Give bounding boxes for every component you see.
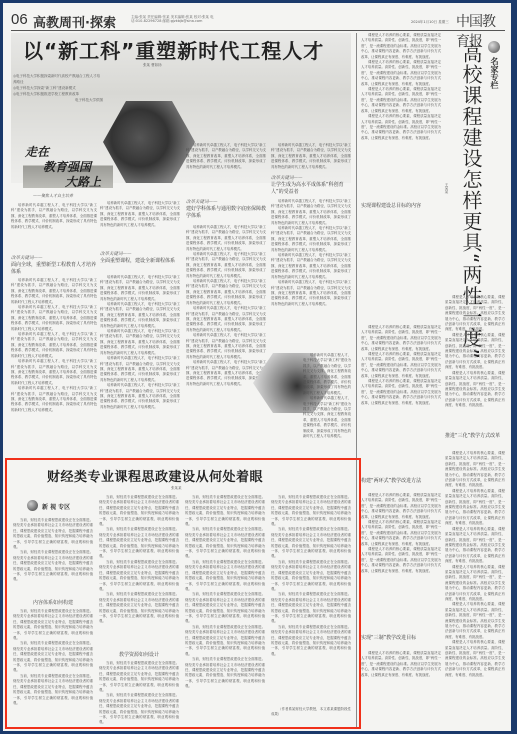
editor-info: 主编:张某 责任编辑:张某 美术编辑:张某 校对:张某 电话:010-82296… bbox=[131, 15, 221, 23]
paragraph: 当前，财经类专业课程思政建设正在全面推进。财经类专业承担着培养社会主义市场经济建… bbox=[13, 609, 93, 641]
column-logo: 名家专栏 bbox=[489, 57, 500, 89]
paragraph: 培养新时代卓越工程人才，电子科技大学以“新工科”建设为抓手，以产教融合为路径，以… bbox=[11, 386, 97, 413]
paragraph: 课程是人才培养的核心要素，课程质量直接决定人才培养质量。高阶性、创新性、挑战度，… bbox=[361, 114, 441, 141]
lead-column-2: 培养新时代卓越工程人才，电子科技大学以“新工科”建设为抓手，以产教融合为路径，以… bbox=[100, 201, 180, 251]
newspaper-page: 06 高教周刊·探索 主编:张某 责任编辑:张某 美术编辑:张某 校对:张某 电… bbox=[3, 3, 511, 731]
paragraph: 培养新时代卓越工程人才，电子科技大学以“新工科”建设为抓手，以产教融合为路径，以… bbox=[186, 252, 266, 279]
paragraph: 培养新时代卓越工程人才，电子科技大学以“新工科”建设为抓手，以产教融合为路径，以… bbox=[271, 143, 351, 170]
paragraph: 当前，财经类专业课程思政建设正在全面推进。财经类专业承担着培养社会主义市场经济建… bbox=[185, 592, 265, 624]
paragraph: 培养新时代卓越工程人才，电子科技大学以“新工科”建设为抓手，以产教融合为路径，以… bbox=[186, 279, 266, 306]
paragraph: 当前，财经类专业课程思政建设正在全面推进。财经类专业承担着培养社会主义市场经济建… bbox=[99, 527, 179, 559]
lead-subhead-2: 改革关键词—— 全面重塑课程，建设全新课程体系 bbox=[100, 251, 180, 265]
subhead-kicker: 改革关键词—— bbox=[271, 175, 351, 182]
paragraph: 课程是人才培养的核心要素，课程质量直接决定人才培养质量。高阶性、创新性、挑战度，… bbox=[361, 547, 441, 574]
column-badge: 新 视 专区 bbox=[27, 500, 87, 512]
paragraph: 培养新时代卓越工程人才，电子科技大学以“新工科”建设为抓手，以产教融合为路径，以… bbox=[11, 359, 97, 386]
lead-headline: 以“新工科”重塑新时代工程人才 bbox=[23, 35, 324, 64]
paragraph: 培养新时代卓越工程人才，电子科技大学以“新工科”建设为抓手，以产教融合为路径，以… bbox=[100, 201, 180, 228]
lead-column-4c: 培养新时代卓越工程人才，电子科技大学以“新工科”建设为抓手，以产教融合为路径，以… bbox=[303, 353, 351, 453]
side-column-1c: 课程是人才培养的核心要素，课程质量直接决定人才培养质量。高阶性、创新性、挑战度，… bbox=[361, 493, 441, 633]
side-subhead-1: 实现课程建设总目标的内容 bbox=[361, 203, 441, 210]
paragraph: 课程是人才培养的核心要素，课程质量直接决定人才培养质量。高阶性、创新性、挑战度，… bbox=[361, 33, 441, 60]
paragraph: 课程是人才培养的核心要素，课程质量直接决定人才培养质量。高阶性、创新性、挑战度，… bbox=[445, 295, 505, 333]
intro-source: 电子科技大学供图 bbox=[13, 97, 103, 103]
paragraph: 课程是人才培养的核心要素，课程质量直接决定人才培养质量。高阶性、创新性、挑战度，… bbox=[445, 602, 505, 640]
paragraph: 培养新时代卓越工程人才，电子科技大学以“新工科”建设为抓手，以产教融合为路径，以… bbox=[100, 383, 180, 410]
lead-column-1: 培养新时代卓越工程人才，电子科技大学以“新工科”建设为抓手，以产教融合为路径，以… bbox=[11, 203, 97, 258]
paragraph: 培养新时代卓越工程人才，电子科技大学以“新工科”建设为抓手，以产教融合为路径，以… bbox=[186, 306, 266, 333]
paragraph: 当前，财经类专业课程思政建设正在全面推进。财经类专业承担着培养社会主义市场经济建… bbox=[271, 560, 351, 592]
subhead-kicker: 改革关键词—— bbox=[11, 255, 97, 262]
paragraph: 培养新时代卓越工程人才，电子科技大学以“新工科”建设为抓手，以产教融合为路径，以… bbox=[11, 278, 97, 305]
paragraph: 当前，财经类专业课程思政建设正在全面推进。财经类专业承担着培养社会主义市场经济建… bbox=[13, 550, 93, 582]
hl-column-2b: 当前，财经类专业课程思政建设正在全面推进。财经类专业承担着培养社会主义市场经济建… bbox=[99, 661, 179, 725]
paragraph: 培养新时代卓越工程人才，电子科技大学以“新工科”建设为抓手，以产教融合为路径，以… bbox=[11, 305, 97, 332]
highlighted-byline: 张某某 bbox=[171, 486, 182, 491]
paragraph: 培养新时代卓越工程人才，电子科技大学以“新工科”建设为抓手，以产教融合为路径，以… bbox=[100, 356, 180, 383]
paragraph: 培养新时代卓越工程人才，电子科技大学以“新工科”建设为抓手，以产教融合为路径，以… bbox=[303, 353, 351, 396]
paragraph: 培养新时代卓越工程人才，电子科技大学以“新工科”建设为抓手，以产教融合为路径，以… bbox=[11, 332, 97, 359]
subhead-title: 建好学科体系与通用数字底座保障教学体系 bbox=[186, 206, 266, 219]
paragraph: 课程是人才培养的核心要素，课程质量直接决定人才培养质量。高阶性、创新性、挑战度，… bbox=[361, 379, 441, 406]
paragraph: 培养新时代卓越工程人才，电子科技大学以“新工科”建设为抓手，以产教融合为路径，以… bbox=[100, 275, 180, 302]
issue-date: 2024年1月10日 星期三 bbox=[411, 20, 449, 25]
subhead-title: 全面重塑课程，建设全新课程体系 bbox=[100, 258, 175, 264]
paragraph: 课程是人才培养的核心要素，课程质量直接决定人才培养质量。高阶性、创新性、挑战度，… bbox=[361, 60, 441, 87]
paragraph: 培养新时代卓越工程人才，电子科技大学以“新工科”建设为抓手，以产教融合为路径，以… bbox=[186, 333, 266, 360]
lead-subhead-3: 改革关键词—— 建好学科体系与通用数字底座保障教学体系 bbox=[186, 199, 266, 220]
paragraph: 当前，财经类专业课程思政建设正在全面推进。财经类专业承担着培养社会主义市场经济建… bbox=[185, 560, 265, 592]
highlighted-headline: 财经类专业课程思政建设从何处着眼 bbox=[47, 466, 263, 485]
side-byline: 王某某 bbox=[445, 183, 450, 194]
slogan-subtitle: ——聚焦人才自主培养 bbox=[33, 193, 73, 199]
paragraph: 当前，财经类专业课程思政建设正在全面推进。财经类专业承担着培养社会主义市场经济建… bbox=[99, 560, 179, 592]
hl-column-4: 当前，财经类专业课程思政建设正在全面推进。财经类专业承担着培养社会主义市场经济建… bbox=[271, 495, 351, 705]
author-note: （作者系某财经大学教授，本文系某课题阶段性成果） bbox=[271, 707, 351, 718]
paragraph: 课程是人才培养的核心要素，课程质量直接决定人才培养质量。高阶性、创新性、挑战度，… bbox=[445, 489, 505, 527]
paragraph: 当前，财经类专业课程思政建设正在全面推进。财经类专业承担着培养社会主义市场经济建… bbox=[99, 693, 179, 725]
paragraph: 当前，财经类专业课程思政建设正在全面推进。财经类专业承担着培养社会主义市场经济建… bbox=[99, 661, 179, 693]
paragraph: 培养新时代卓越工程人才，电子科技大学以“新工科”建设为抓手，以产教融合为路径，以… bbox=[303, 396, 351, 439]
paragraph: 课程是人才培养的核心要素，课程质量直接决定人才培养质量。高阶性、创新性、挑战度，… bbox=[361, 651, 441, 678]
subhead-title: 让学生成为高水平成体系“科创育人”的受益者 bbox=[271, 182, 344, 195]
side-column-2: 课程是人才培养的核心要素，课程质量直接决定人才培养质量。高阶性、创新性、挑战度，… bbox=[445, 295, 505, 420]
paragraph: 当前，财经类专业课程思政建设正在全面推进。财经类专业承担着培养社会主义市场经济建… bbox=[271, 625, 351, 657]
paragraph: 当前，财经类专业课程思政建设正在全面推进。财经类专业承担着培养社会主义市场经济建… bbox=[271, 527, 351, 559]
section-name: 高教周刊·探索 bbox=[33, 12, 116, 31]
paragraph: 课程是人才培养的核心要素，课程质量直接决定人才培养质量。高阶性、创新性、挑战度，… bbox=[445, 565, 505, 603]
paragraph: 当前，财经类专业课程思政建设正在全面推进。财经类专业承担着培养社会主义市场经济建… bbox=[13, 641, 93, 673]
paragraph: 培养新时代卓越工程人才，电子科技大学以“新工科”建设为抓手，以产教融合为路径，以… bbox=[11, 203, 97, 230]
slogan-line: 大路上 bbox=[65, 173, 101, 190]
paragraph: 课程是人才培养的核心要素，课程质量直接决定人才培养质量。高阶性、创新性、挑战度，… bbox=[361, 520, 441, 547]
hl-author-note: （作者系某财经大学教授，本文系某课题阶段性成果） bbox=[271, 707, 351, 723]
paragraph: 当前，财经类专业课程思政建设正在全面推进。财经类专业承担着培养社会主义市场经济建… bbox=[99, 495, 179, 527]
lead-column-3b: 培养新时代卓越工程人才，电子科技大学以“新工科”建设为抓手，以产教融合为路径，以… bbox=[186, 225, 266, 453]
side-column-1b: 课程是人才培养的核心要素，课程质量直接决定人才培养质量。高阶性、创新性、挑战度，… bbox=[361, 325, 441, 475]
paragraph: 培养新时代卓越工程人才，电子科技大学以“新工科”建设为抓手，以产教融合为路径，以… bbox=[186, 225, 266, 252]
lead-subhead-4: 改革关键词—— 让学生成为高水平成体系“科创育人”的受益者 bbox=[271, 175, 351, 196]
paragraph: 培养新时代卓越工程人才，电子科技大学以“新工科”建设为抓手，以产教融合为路径，以… bbox=[100, 302, 180, 329]
paragraph: 当前，财经类专业课程思政建设正在全面推进。财经类专业承担着培养社会主义市场经济建… bbox=[185, 495, 265, 527]
lead-column-4b: 培养新时代卓越工程人才，电子科技大学以“新工科”建设为抓手，以产教融合为路径，以… bbox=[271, 199, 351, 349]
paragraph: 当前，财经类专业课程思政建设正在全面推进。财经类专业承担着培养社会主义市场经济建… bbox=[271, 592, 351, 624]
paragraph: 课程是人才培养的核心要素，课程质量直接决定人才培养质量。高阶性、创新性、挑战度，… bbox=[445, 371, 505, 409]
subhead-title: 面向全球，重塑新型工程教育人才培养体系 bbox=[11, 262, 96, 275]
paragraph: 课程是人才培养的核心要素，课程质量直接决定人才培养质量。高阶性、创新性、挑战度，… bbox=[361, 325, 441, 352]
lead-column-4: 培养新时代卓越工程人才，电子科技大学以“新工科”建设为抓手，以产教融合为路径，以… bbox=[271, 143, 351, 173]
paragraph: 课程是人才培养的核心要素，课程质量直接决定人才培养质量。高阶性、创新性、挑战度，… bbox=[445, 527, 505, 565]
paragraph: 当前，财经类专业课程思政建设正在全面推进。财经类专业承担着培养社会主义市场经济建… bbox=[13, 518, 93, 550]
lead-subhead-1: 改革关键词—— 面向全球，重塑新型工程教育人才培养体系 bbox=[11, 255, 97, 276]
side-column-2b: 课程是人才培养的核心要素，课程质量直接决定人才培养质量。高阶性、创新性、挑战度，… bbox=[445, 451, 505, 726]
paragraph: 课程是人才培养的核心要素，课程质量直接决定人才培养质量。高阶性、创新性、挑战度，… bbox=[361, 493, 441, 520]
column-badge-label: 新 视 专区 bbox=[42, 502, 70, 511]
lead-intro: ◎电子科技大学积极探索新时代高校产教融合工程人才培养路径 ◎电子科技大学探索“新… bbox=[13, 73, 103, 103]
hl-column-2: 当前，财经类专业课程思政建设正在全面推进。财经类专业承担着培养社会主义市场经济建… bbox=[99, 495, 179, 635]
paragraph: 培养新时代卓越工程人才，电子科技大学以“新工科”建设为抓手，以产教融合为路径，以… bbox=[271, 226, 351, 253]
hl-section-title-1: 内容体系如何构建 bbox=[13, 599, 93, 606]
paragraph: 课程是人才培养的核心要素，课程质量直接决定人才培养质量。高阶性、创新性、挑战度，… bbox=[445, 333, 505, 371]
paragraph: 当前，财经类专业课程思政建设正在全面推进。财经类专业承担着培养社会主义市场经济建… bbox=[185, 657, 265, 689]
lead-column-1b: 培养新时代卓越工程人才，电子科技大学以“新工科”建设为抓手，以产教融合为路径，以… bbox=[11, 278, 97, 453]
lead-column-2b: 培养新时代卓越工程人才，电子科技大学以“新工科”建设为抓手，以产教融合为路径，以… bbox=[100, 275, 180, 453]
masthead: 06 高教周刊·探索 主编:张某 责任编辑:张某 美术编辑:张某 校对:张某 电… bbox=[11, 9, 505, 31]
globe-icon bbox=[27, 500, 38, 511]
side-subhead-2: 构建“两环式”教学改进方法 bbox=[361, 478, 441, 485]
paragraph: 当前，财经类专业课程思政建设正在全面推进。财经类专业承担着培养社会主义市场经济建… bbox=[99, 592, 179, 624]
paragraph: 培养新时代卓越工程人才，电子科技大学以“新工科”建设为抓手，以产教融合为路径，以… bbox=[271, 253, 351, 280]
hl-column-1: 当前，财经类专业课程思政建设正在全面推进。财经类专业承担着培养社会主义市场经济建… bbox=[13, 518, 93, 596]
hl-column-1b: 当前，财经类专业课程思政建设正在全面推进。财经类专业承担着培养社会主义市场经济建… bbox=[13, 609, 93, 725]
paragraph: 培养新时代卓越工程人才，电子科技大学以“新工科”建设为抓手，以产教融合为路径，以… bbox=[271, 280, 351, 307]
hl-section-title-2: 教学资源如何设计 bbox=[99, 651, 179, 658]
paragraph: 当前，财经类专业课程思政建设正在全面推进。财经类专业承担着培养社会主义市场经济建… bbox=[185, 527, 265, 559]
paragraph: 当前，财经类专业课程思政建设正在全面推进。财经类专业承担着培养社会主义市场经济建… bbox=[13, 674, 93, 706]
side-subhead-3: 推进“三化”教学方式改革 bbox=[445, 433, 505, 440]
lead-column-3: 培养新时代卓越工程人才，电子科技大学以“新工科”建设为抓手，以产教融合为路径，以… bbox=[186, 143, 266, 191]
column-globe-icon bbox=[488, 41, 500, 53]
page-number: 06 bbox=[11, 11, 28, 28]
paragraph: 当前，财经类专业课程思政建设正在全面推进。财经类专业承担着培养社会主义市场经济建… bbox=[185, 625, 265, 657]
side-column-1: 课程是人才培养的核心要素，课程质量直接决定人才培养质量。高阶性、创新性、挑战度，… bbox=[361, 33, 441, 323]
side-subhead-4: 实现“三制”教学改进目标 bbox=[361, 635, 441, 642]
paragraph: 培养新时代卓越工程人才，电子科技大学以“新工科”建设为抓手，以产教融合为路径，以… bbox=[186, 143, 266, 170]
lead-byline: 张某 曹如扬 bbox=[143, 63, 162, 68]
paragraph: 当前，财经类专业课程思政建设正在全面推进。财经类专业承担着培养社会主义市场经济建… bbox=[271, 495, 351, 527]
side-column-1d: 课程是人才培养的核心要素，课程质量直接决定人才培养质量。高阶性、创新性、挑战度，… bbox=[361, 651, 441, 711]
paragraph: 课程是人才培养的核心要素，课程质量直接决定人才培养质量。高阶性、创新性、挑战度，… bbox=[445, 640, 505, 678]
paragraph: 培养新时代卓越工程人才，电子科技大学以“新工科”建设为抓手，以产教融合为路径，以… bbox=[100, 329, 180, 356]
paragraph: 课程是人才培养的核心要素，课程质量直接决定人才培养质量。高阶性、创新性、挑战度，… bbox=[361, 352, 441, 379]
paragraph: 培养新时代卓越工程人才，电子科技大学以“新工科”建设为抓手，以产教融合为路径，以… bbox=[271, 199, 351, 226]
paragraph: 课程是人才培养的核心要素，课程质量直接决定人才培养质量。高阶性、创新性、挑战度，… bbox=[361, 87, 441, 114]
hl-column-3: 当前，财经类专业课程思政建设正在全面推进。财经类专业承担着培养社会主义市场经济建… bbox=[185, 495, 265, 725]
subhead-kicker: 改革关键词—— bbox=[186, 199, 266, 206]
subhead-kicker: 改革关键词—— bbox=[100, 251, 180, 258]
intro-item: ◎电子科技大学积极探索新时代高校产教融合工程人才培养路径 bbox=[13, 73, 103, 85]
paragraph: 课程是人才培养的核心要素，课程质量直接决定人才培养质量。高阶性、创新性、挑战度，… bbox=[445, 451, 505, 489]
